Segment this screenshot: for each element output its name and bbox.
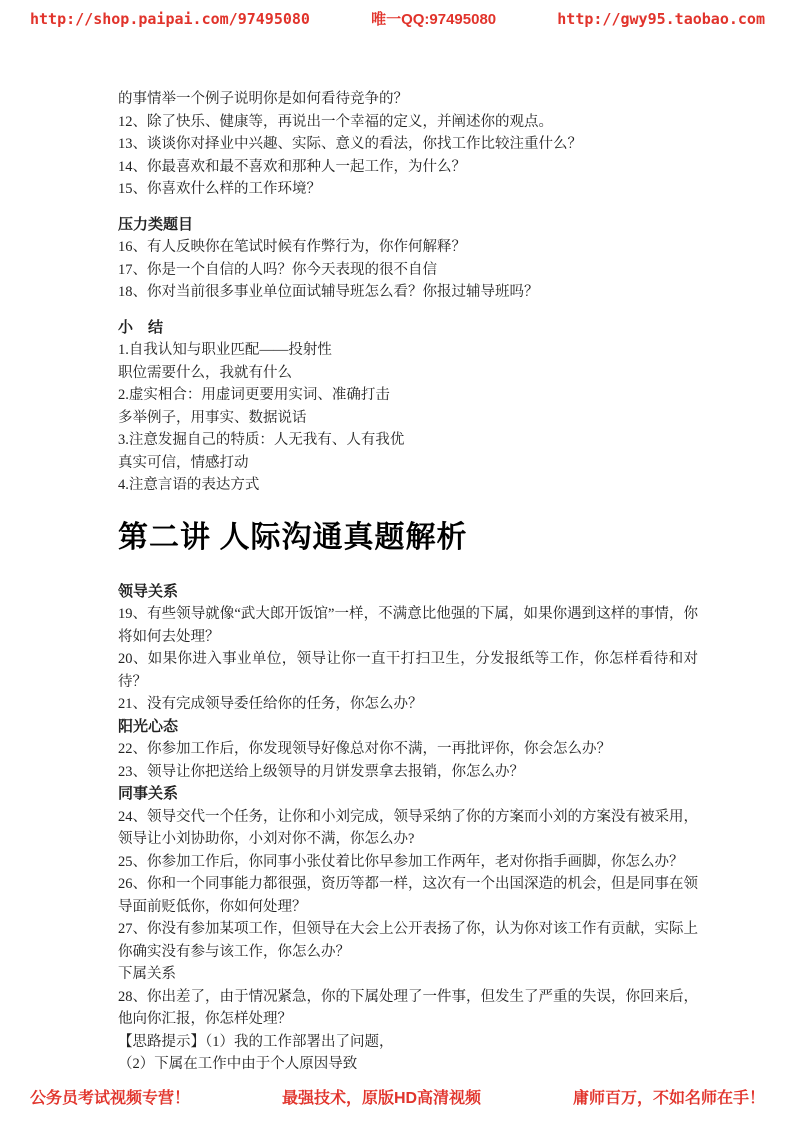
paragraph: 19、有些领导就像“武大郎开饭馆”一样，不满意比他强的下属，如果你遇到这样的事情…	[118, 603, 698, 648]
paragraph: 真实可信，情感打动	[118, 452, 698, 475]
paragraph: 下属关系	[118, 963, 698, 986]
paragraph: 22、你参加工作后，你发现领导好像总对你不满，一再批评你，你会怎么办？	[118, 738, 698, 761]
document-page: { "colors": { "red": "#e1332b" }, "heade…	[0, 0, 793, 1122]
paragraph: 18、你对当前很多事业单位面试辅导班怎么看？你报过辅导班吗？	[118, 281, 698, 304]
section-heading: 领导关系	[118, 581, 698, 604]
qq-contact-label: 唯一QQ:97495080	[371, 8, 496, 29]
paragraph: 25、你参加工作后，你同事小张仗着比你早参加工作两年，老对你指手画脚，你怎么办？	[118, 851, 698, 874]
paragraph: 28、你出差了，由于情况紧急，你的下属处理了一件事，但发生了严重的失误，你回来后…	[118, 986, 698, 1031]
paragraph: 21、没有完成领导委任给你的任务，你怎么办？	[118, 693, 698, 716]
paragraph: 23、领导让你把送给上级领导的月饼发票拿去报销，你怎么办？	[118, 761, 698, 784]
paragraph: 1.自我认知与职业匹配——投射性	[118, 339, 698, 362]
paragraph: 27、你没有参加某项工作，但领导在大会上公开表扬了你，认为你对该工作有贡献，实际…	[118, 918, 698, 963]
paragraph: 15、你喜欢什么样的工作环境？	[118, 178, 698, 201]
chapter-title: 第二讲 人际沟通真题解析	[118, 518, 698, 558]
shop-url-link[interactable]: http://shop.paipai.com/97495080	[30, 10, 310, 28]
page-header: http://shop.paipai.com/97495080 唯一QQ:974…	[30, 8, 765, 29]
footer-right-slogan: 庸师百万，不如名师在手！	[573, 1085, 765, 1108]
paragraph: 20、如果你进入事业单位，领导让你一直干打扫卫生，分发报纸等工作，你怎样看待和对…	[118, 648, 698, 693]
paragraph: （2）下属在工作中由于个人原因导致	[118, 1053, 698, 1076]
spacer	[118, 201, 698, 214]
section-heading: 小 结	[118, 317, 698, 340]
paragraph: 多举例子，用事实、数据说话	[118, 407, 698, 430]
paragraph: 4.注意言语的表达方式	[118, 474, 698, 497]
document-body: 的事情举一个例子说明你是如何看待竞争的？12、除了快乐、健康等，再说出一个幸福的…	[118, 88, 698, 1076]
paragraph: 16、有人反映你在笔试时候有作弊行为，你作何解释？	[118, 236, 698, 259]
paragraph: 2.虚实相合：用虚词更要用实词、准确打击	[118, 384, 698, 407]
section-heading: 压力类题目	[118, 214, 698, 237]
paragraph: 13、谈谈你对择业中兴趣、实际、意义的看法，你找工作比较注重什么？	[118, 133, 698, 156]
taobao-url-link[interactable]: http://gwy95.taobao.com	[557, 10, 765, 28]
section-heading: 阳光心态	[118, 716, 698, 739]
spacer	[118, 304, 698, 317]
paragraph: 的事情举一个例子说明你是如何看待竞争的？	[118, 88, 698, 111]
paragraph: 3.注意发掘自己的特质：人无我有、人有我优	[118, 429, 698, 452]
paragraph: 26、你和一个同事能力都很强，资历等都一样，这次有一个出国深造的机会，但是同事在…	[118, 873, 698, 918]
page-footer: 公务员考试视频专营！ 最强技术，原版HD高清视频 庸师百万，不如名师在手！	[30, 1085, 765, 1108]
footer-left-slogan: 公务员考试视频专营！	[30, 1085, 190, 1108]
paragraph: 【思路提示】（1）我的工作部署出了问题，	[118, 1031, 698, 1054]
section-heading: 同事关系	[118, 783, 698, 806]
footer-center-slogan: 最强技术，原版HD高清视频	[282, 1085, 481, 1108]
paragraph: 24、领导交代一个任务，让你和小刘完成，领导采纳了你的方案而小刘的方案没有被采用…	[118, 806, 698, 851]
paragraph: 职位需要什么，我就有什么	[118, 362, 698, 385]
paragraph: 12、除了快乐、健康等，再说出一个幸福的定义，并阐述你的观点。	[118, 111, 698, 134]
paragraph: 17、你是一个自信的人吗？你今天表现的很不自信	[118, 259, 698, 282]
paragraph: 14、你最喜欢和最不喜欢和那种人一起工作，为什么？	[118, 156, 698, 179]
